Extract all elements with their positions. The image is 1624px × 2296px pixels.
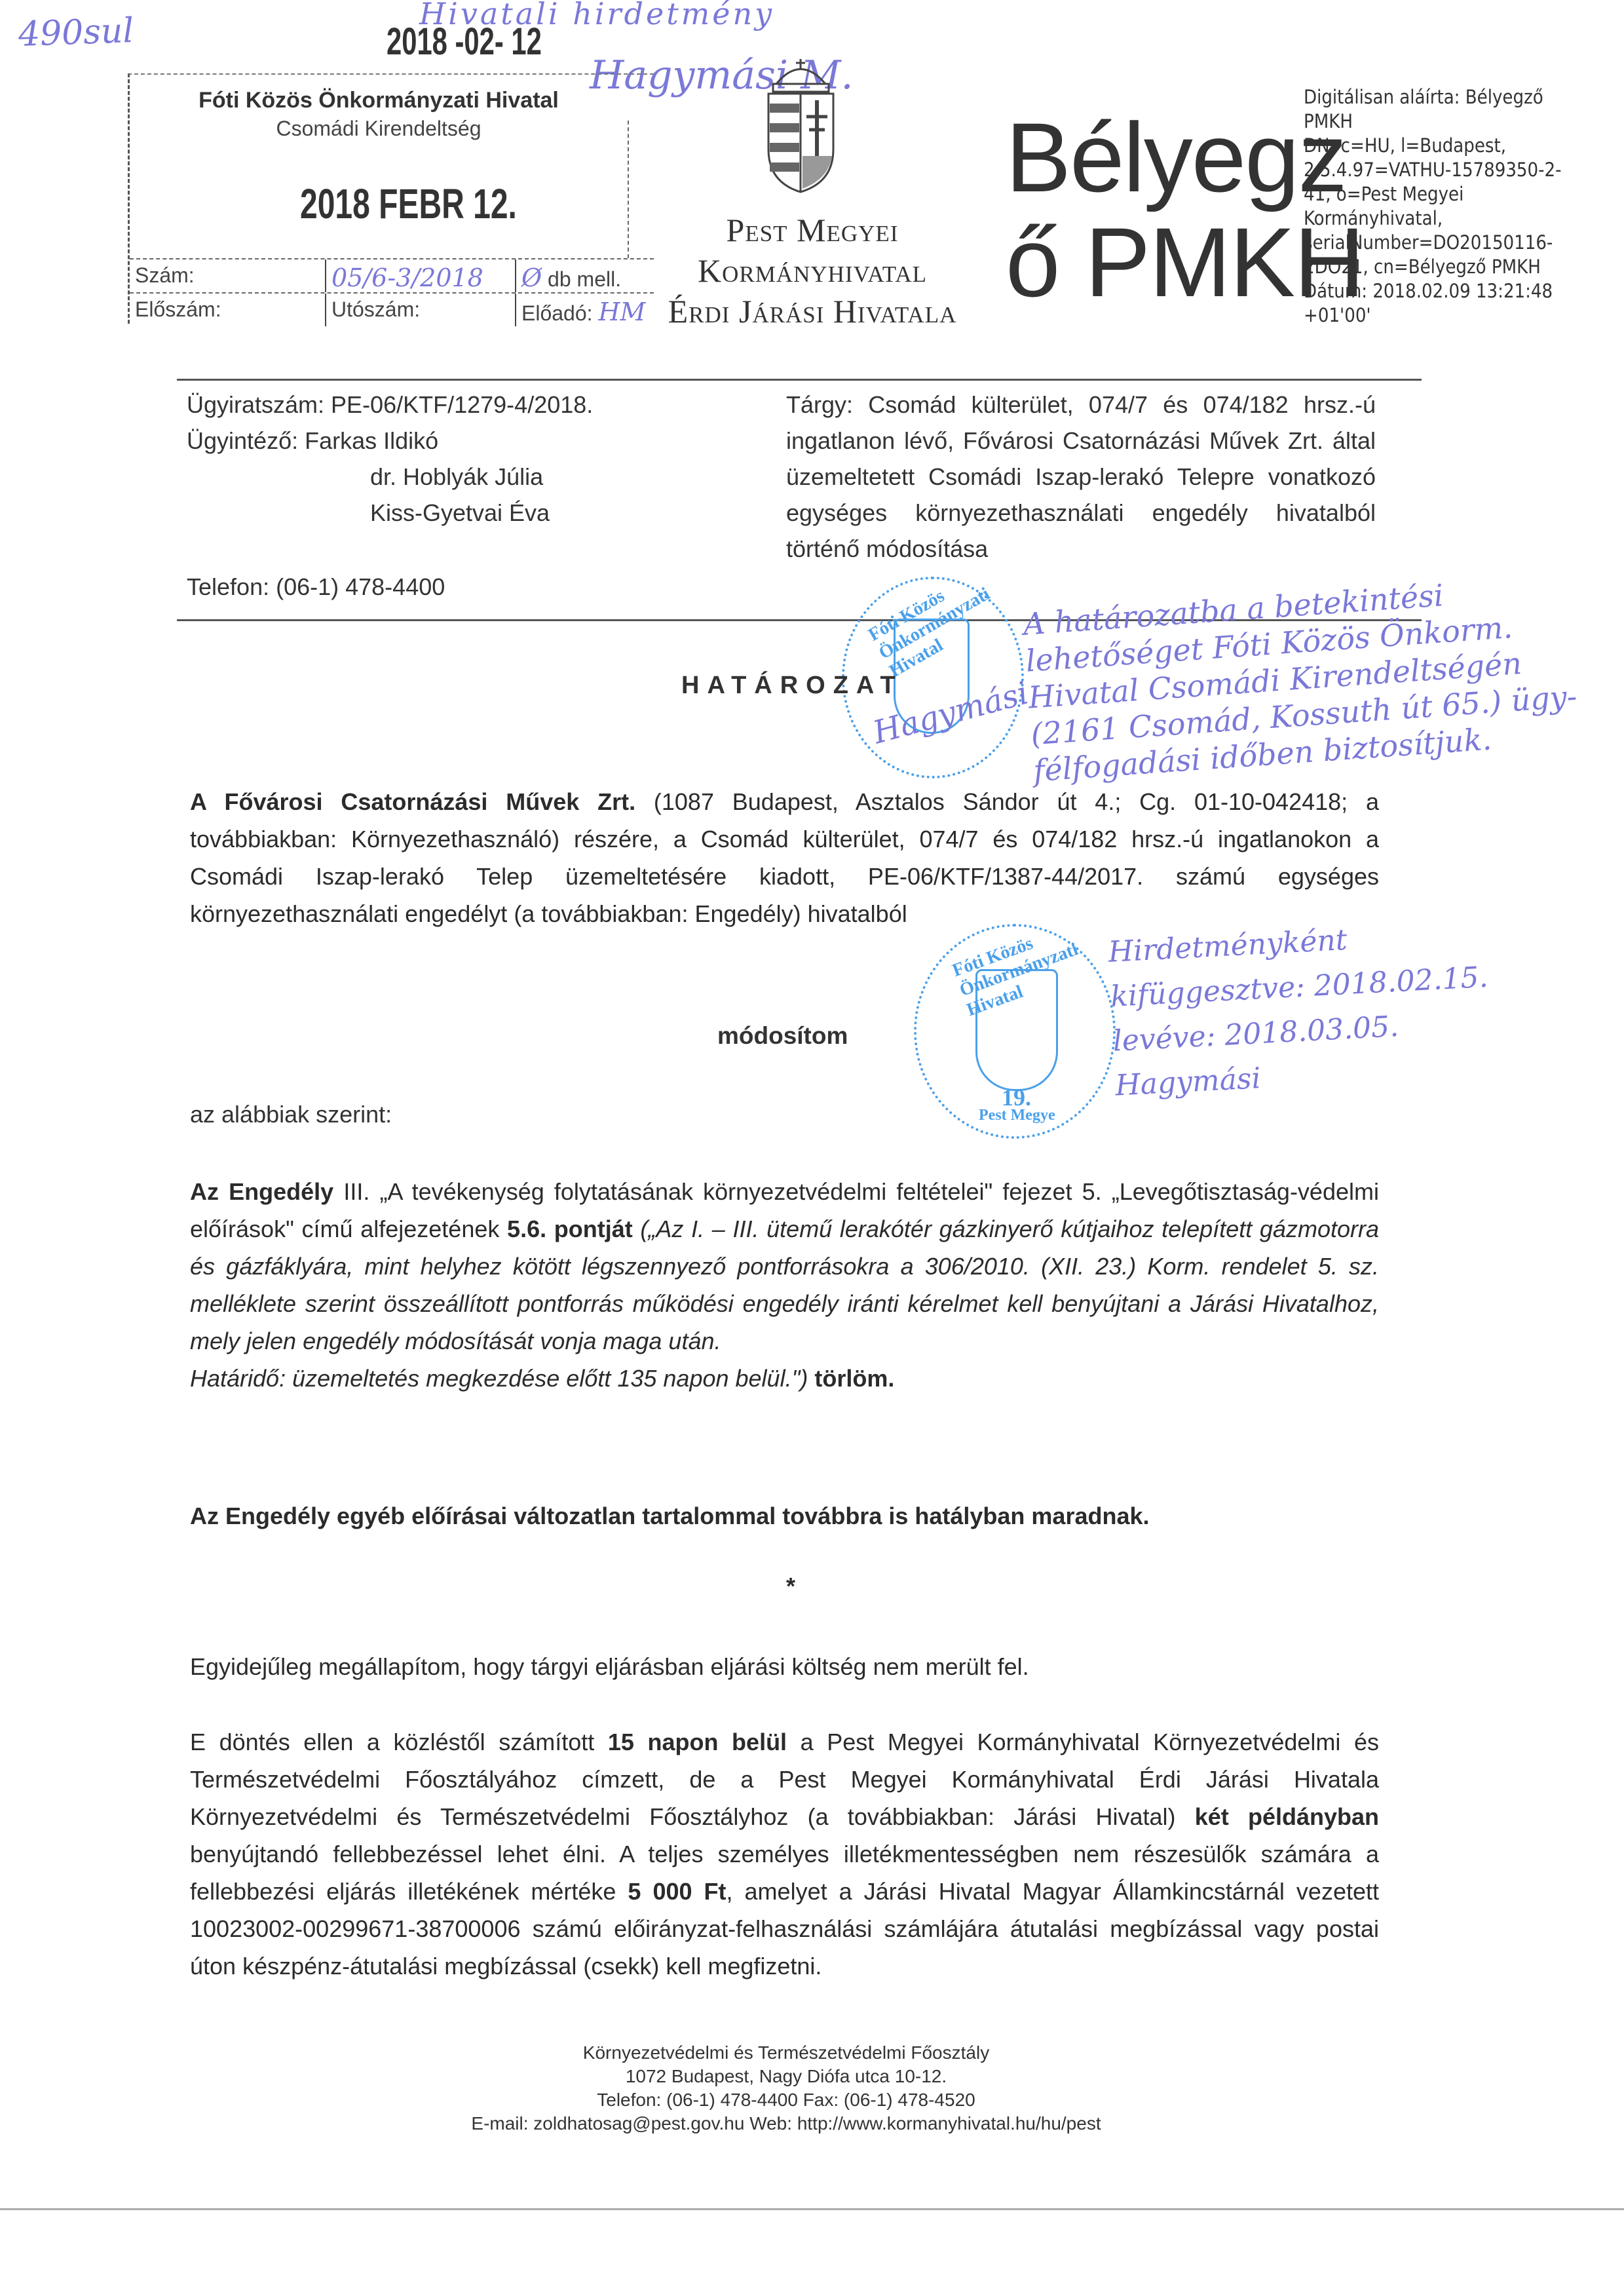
stamp-number-value: 05/6-3/2018 [326,259,516,292]
sig-detail-line: DN: c=HU, l=Budapest, [1304,134,1618,158]
footer-department: Környezetvédelmi és Természetvédelmi Főo… [262,2041,1310,2065]
stamp-handler-label: Előadó: [521,301,593,325]
stamp-bottom-text: Pest Megye [979,1107,1055,1124]
authority-line-1: Pest Megyei [629,210,996,250]
sig-detail-line: 2DO21, cn=Bélyegző PMKH [1304,255,1618,279]
decision-verb: módosítom [717,1022,848,1050]
bold-text: Az Engedély [190,1178,333,1205]
costs-paragraph: Egyidejűleg megállapítom, hogy tárgyi el… [190,1648,1379,1685]
stamp-label: Előszám: [130,294,326,326]
sig-detail-line: Dátum: 2018.02.09 13:21:48 [1304,279,1618,303]
decision-intro-paragraph: A Fővárosi Csatornázási Művek Zrt. (1087… [190,783,1379,932]
header-divider [177,379,1422,381]
document-title: HATÁROZAT [681,672,903,700]
company-name: A Fővárosi Csatornázási Művek Zrt. [190,788,635,815]
stamp-row-number: Szám: 05/6-3/2018 Ø db mell. [130,258,654,292]
bold-text: 5.6. pontját [507,1215,633,1242]
coat-of-arms-icon [763,58,839,195]
footer-divider [0,2208,1624,2210]
stamp-fields: Szám: 05/6-3/2018 Ø db mell. Előszám: Ut… [130,258,654,326]
footer-contact: Környezetvédelmi és Természetvédelmi Főo… [262,2041,1310,2135]
amendment-paragraph: Az Engedély III. „A tevékenység folytatá… [190,1173,1379,1397]
authority-line-3: Érdi Járási Hivatala [629,291,996,332]
official-round-stamp-posting: Fóti Közös Önkormányzati Hivatal 19. Pes… [914,924,1116,1139]
handwritten-posting-note: Hirdetményként kifüggesztve: 2018.02.15.… [1107,911,1494,1109]
case-info: Ügyiratszám: PE-06/KTF/1279-4/2018. Ügyi… [187,387,593,605]
bold-text: 5 000 Ft [628,1878,726,1905]
case-administrator: Ügyintéző: Farkas Ildikó [187,423,593,459]
issuing-authority: Pest Megyei Kormányhivatal Érdi Járási H… [629,210,996,332]
stamp-branch-name: Csomádi Kirendeltség [130,117,628,141]
case-administrator-2: dr. Hoblyák Júlia [187,459,593,495]
bold-text: 15 napon belül [608,1729,787,1755]
received-date-stamp: 2018 -02- 12 [387,20,542,64]
stamp-attachment-count: Ø [521,263,542,292]
sig-detail-line: serialNumber=DO20150116- [1304,231,1618,255]
paragraph-text: E döntés ellen a közléstől számított [190,1729,608,1755]
bold-text: két példányban [1195,1803,1379,1830]
footer-email-web: E-mail: zoldhatosag@pest.gov.hu Web: htt… [262,2112,1310,2135]
authority-line-2: Kormányhivatal [629,250,996,291]
stamp-label: Szám: [130,259,326,292]
sig-detail-line: 2.5.4.97=VATHU-15789350-2- [1304,158,1618,182]
footer-phone-fax: Telefon: (06-1) 478-4400 Fax: (06-1) 478… [262,2088,1310,2112]
handwritten-inspection-note: A határozatba a betekintési lehetőséget … [1022,568,1581,790]
stamp-label: Utószám: [326,294,516,326]
decision-connector: az alábbiak szerint: [190,1101,392,1128]
stamp-office-name: Fóti Közös Önkormányzati Hivatal [130,88,628,113]
sig-detail-line: PMKH [1304,109,1618,134]
stamp-attachment-label: db mell. [548,267,621,291]
handwritten-registry-note: 490sul [18,11,134,54]
quoted-deadline: Határidő: üzemeltetés megkezdése előtt 1… [190,1365,808,1392]
stamp-date: 2018 FEBR 12. [300,180,517,228]
remaining-provisions-paragraph: Az Engedély egyéb előírásai változatlan … [190,1497,1379,1535]
digital-signature-details: Digitálisan aláírta: Bélyegző PMKH DN: c… [1304,85,1618,328]
appeal-paragraph: E döntés ellen a közléstől számított 15 … [190,1723,1379,1985]
sig-detail-line: 41, o=Pest Megyei [1304,182,1618,206]
case-phone: Telefon: (06-1) 478-4400 [187,569,593,605]
bold-text: törlöm. [808,1365,894,1392]
footer-address: 1072 Budapest, Nagy Diófa utca 10-12. [262,2065,1310,2088]
stamp-row-prenumber: Előszám: Utószám: Előadó: HM [130,292,654,326]
file-number: Ügyiratszám: PE-06/KTF/1279-4/2018. [187,387,593,423]
sig-detail-line: Kormányhivatal, [1304,206,1618,231]
sig-detail-line: Digitálisan aláírta: Bélyegző [1304,85,1618,109]
section-separator: * [786,1573,795,1600]
case-administrator-3: Kiss-Gyetvai Éva [187,495,593,531]
registration-stamp: Fóti Közös Önkormányzati Hivatal Csomádi… [128,73,654,324]
sig-detail-line: +01'00' [1304,303,1618,328]
case-subject: Tárgy: Csomád külterület, 074/7 és 074/1… [786,387,1376,567]
